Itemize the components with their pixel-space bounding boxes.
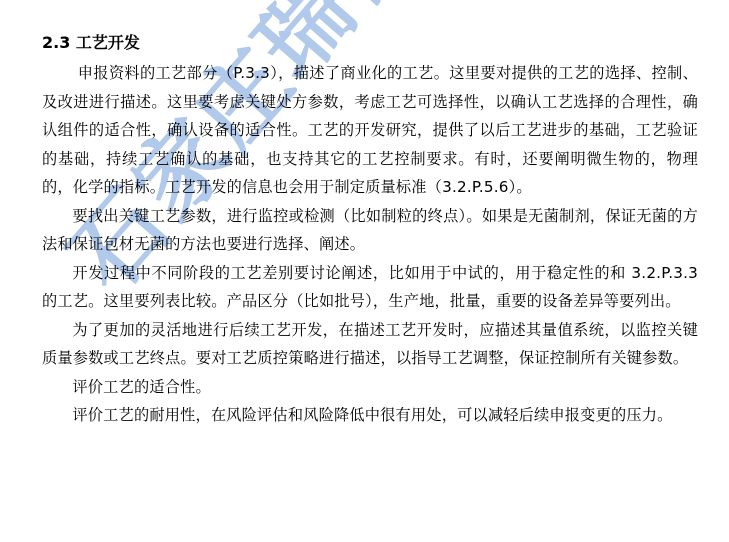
paragraph-robustness: 评价工艺的耐用性，在风险评估和风险降低中很有用处，可以减轻后续申报变更的压力。 xyxy=(42,401,698,430)
paragraph-suitability: 评价工艺的适合性。 xyxy=(42,373,698,402)
paragraph-critical-parameters: 要找出关键工艺参数，进行监控或检测（比如制粒的终点）。如果是无菌制剂，保证无菌的… xyxy=(42,202,698,259)
paragraph-process-description: 申报资料的工艺部分（P.3.3），描述了商业化的工艺。这里要对提供的工艺的选择、… xyxy=(42,59,698,202)
section-title: 2.3 工艺开发 xyxy=(42,28,698,58)
document-content: 2.3 工艺开发 申报资料的工艺部分（P.3.3），描述了商业化的工艺。这里要对… xyxy=(42,28,698,430)
paragraph-stage-differences: 开发过程中不同阶段的工艺差别要讨论阐述，比如用于中试的，用于稳定性的和 3.2.… xyxy=(42,259,698,316)
paragraph-flexible-development: 为了更加的灵活地进行后续工艺开发，在描述工艺开发时，应描述其量值系统，以监控关键… xyxy=(42,316,698,373)
document-page: 石家庄瑞恒医药 2.3 工艺开发 申报资料的工艺部分（P.3.3），描述了商业化… xyxy=(0,0,729,542)
